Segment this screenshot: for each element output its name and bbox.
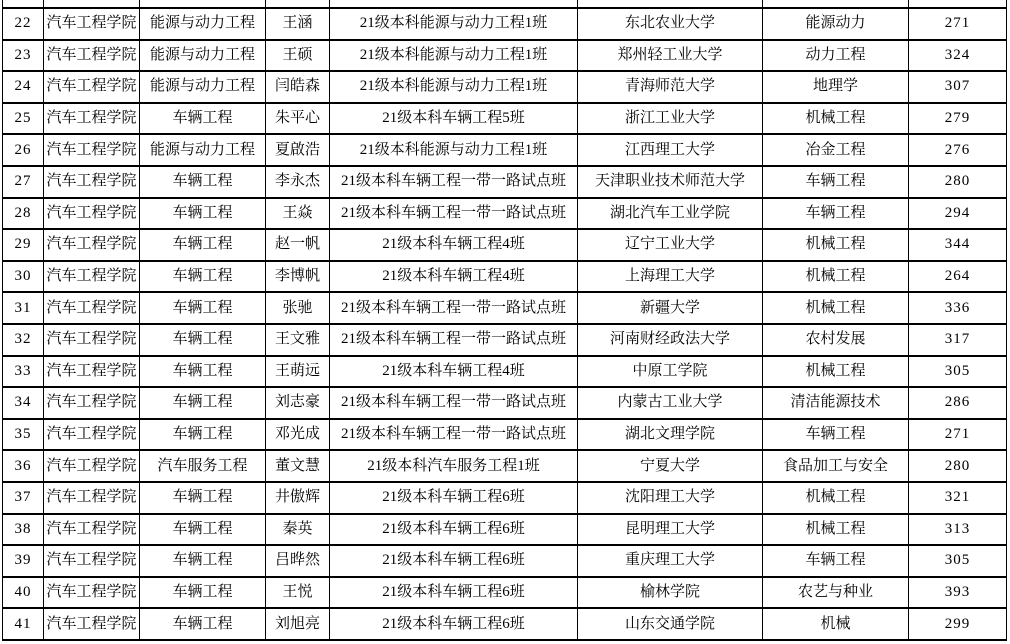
cell-name[interactable]: 吕晔然 [266,545,330,577]
cell-name[interactable]: 刘志豪 [266,387,330,419]
cell-no[interactable]: 22 [3,8,44,40]
cell-score[interactable]: 393 [909,577,1007,609]
cell-major[interactable]: 车辆工程 [140,577,266,609]
table-row: 36汽车工程学院汽车服务工程董文慧21级本科汽车服务工程1班宁夏大学食品加工与安… [3,450,1007,482]
cell-major[interactable]: 车辆工程 [140,229,266,261]
cell-major[interactable]: 车辆工程 [140,387,266,419]
cell-name[interactable]: 夏啟浩 [266,134,330,166]
cell-university[interactable]: 东北农业大学 [578,8,763,40]
cell-no[interactable]: 39 [3,545,44,577]
cell-score[interactable]: 317 [909,324,1007,356]
cell-university[interactable]: 宁夏大学 [578,450,763,482]
cell-college[interactable]: 汽车工程学院 [44,134,140,166]
cell-college[interactable]: 汽车工程学院 [44,229,140,261]
cell-admission_major[interactable]: 机械工程 [763,103,909,135]
cell-name[interactable]: 刘旭亮 [266,608,330,640]
table-row: 39汽车工程学院车辆工程吕晔然21级本科车辆工程6班重庆理工大学车辆工程305 [3,545,1007,577]
cell-class_name[interactable]: 21级本科车辆工程一带一路试点班 [330,324,578,356]
cell-admission_major[interactable]: 清洁能源技术 [763,387,909,419]
cell-score[interactable]: 276 [909,134,1007,166]
cell-no[interactable]: 41 [3,608,44,640]
cell-no[interactable]: 28 [3,198,44,230]
cell-no[interactable]: 33 [3,356,44,388]
cell-major[interactable]: 车辆工程 [140,545,266,577]
cell-admission_major[interactable]: 农艺与种业 [763,577,909,609]
cell-score[interactable]: 336 [909,292,1007,324]
cell-admission_major[interactable]: 食品加工与安全 [763,450,909,482]
partial-cell-class_name [330,0,578,8]
cell-name[interactable]: 李博帆 [266,261,330,293]
cell-score[interactable]: 264 [909,261,1007,293]
cell-no[interactable]: 34 [3,387,44,419]
cell-class_name[interactable]: 21级本科车辆工程6班 [330,482,578,514]
cell-name[interactable]: 王硕 [266,40,330,72]
cell-admission_major[interactable]: 机械工程 [763,514,909,546]
cell-major[interactable]: 车辆工程 [140,166,266,198]
cell-score[interactable]: 280 [909,450,1007,482]
table-row: 33汽车工程学院车辆工程王萌远21级本科车辆工程4班中原工学院机械工程305 [3,356,1007,388]
cell-major[interactable]: 车辆工程 [140,198,266,230]
cell-name[interactable]: 井傲辉 [266,482,330,514]
cell-no[interactable]: 32 [3,324,44,356]
table-row: 25汽车工程学院车辆工程朱平心21级本科车辆工程5班浙江工业大学机械工程279 [3,103,1007,135]
cell-name[interactable]: 朱平心 [266,103,330,135]
cell-major[interactable]: 汽车服务工程 [140,450,266,482]
partial-row-top [3,0,1007,8]
cell-major[interactable]: 能源与动力工程 [140,8,266,40]
cell-score[interactable]: 279 [909,103,1007,135]
table-row: 23汽车工程学院能源与动力工程王硕21级本科能源与动力工程1班郑州轻工业大学动力… [3,40,1007,72]
cell-admission_major[interactable]: 动力工程 [763,40,909,72]
cell-no[interactable]: 26 [3,134,44,166]
cell-major[interactable]: 能源与动力工程 [140,71,266,103]
cell-score[interactable]: 271 [909,8,1007,40]
cell-class_name[interactable]: 21级本科车辆工程4班 [330,229,578,261]
cell-admission_major[interactable]: 能源动力 [763,8,909,40]
cell-college[interactable]: 汽车工程学院 [44,166,140,198]
table-row: 32汽车工程学院车辆工程王文雅21级本科车辆工程一带一路试点班河南财经政法大学农… [3,324,1007,356]
cell-college[interactable]: 汽车工程学院 [44,40,140,72]
cell-class_name[interactable]: 21级本科车辆工程6班 [330,514,578,546]
cell-university[interactable]: 江西理工大学 [578,134,763,166]
cell-university[interactable]: 天津职业技术师范大学 [578,166,763,198]
cell-admission_major[interactable]: 机械工程 [763,292,909,324]
cell-major[interactable]: 车辆工程 [140,324,266,356]
table-row: 38汽车工程学院车辆工程秦英21级本科车辆工程6班昆明理工大学机械工程313 [3,514,1007,546]
cell-university[interactable]: 内蒙古工业大学 [578,387,763,419]
cell-major[interactable]: 车辆工程 [140,608,266,640]
cell-admission_major[interactable]: 机械工程 [763,482,909,514]
cell-name[interactable]: 董文慧 [266,450,330,482]
cell-admission_major[interactable]: 农村发展 [763,324,909,356]
cell-class_name[interactable]: 21级本科车辆工程5班 [330,103,578,135]
table-row: 22汽车工程学院能源与动力工程王涵21级本科能源与动力工程1班东北农业大学能源动… [3,8,1007,40]
cell-college[interactable]: 汽车工程学院 [44,514,140,546]
table-row: 40汽车工程学院车辆工程王悦21级本科车辆工程6班榆林学院农艺与种业393 [3,577,1007,609]
cell-major[interactable]: 车辆工程 [140,292,266,324]
partial-cell-admission_major [763,0,909,8]
cell-admission_major[interactable]: 机械工程 [763,229,909,261]
cell-no[interactable]: 31 [3,292,44,324]
cell-score[interactable]: 313 [909,514,1007,546]
table-row: 29汽车工程学院车辆工程赵一帆21级本科车辆工程4班辽宁工业大学机械工程344 [3,229,1007,261]
cell-university[interactable]: 辽宁工业大学 [578,229,763,261]
cell-college[interactable]: 汽车工程学院 [44,8,140,40]
cell-admission_major[interactable]: 车辆工程 [763,419,909,451]
table-row: 35汽车工程学院车辆工程邓光成21级本科车辆工程一带一路试点班湖北文理学院车辆工… [3,419,1007,451]
table-row: 27汽车工程学院车辆工程李永杰21级本科车辆工程一带一路试点班天津职业技术师范大… [3,166,1007,198]
table-row: 31汽车工程学院车辆工程张驰21级本科车辆工程一带一路试点班新疆大学机械工程33… [3,292,1007,324]
cell-class_name[interactable]: 21级本科车辆工程4班 [330,356,578,388]
partial-cell-major [140,0,266,8]
cell-major[interactable]: 车辆工程 [140,514,266,546]
cell-no[interactable]: 37 [3,482,44,514]
cell-score[interactable]: 294 [909,198,1007,230]
cell-name[interactable]: 王焱 [266,198,330,230]
cell-university[interactable]: 上海理工大学 [578,261,763,293]
cell-class_name[interactable]: 21级本科车辆工程一带一路试点班 [330,292,578,324]
cell-class_name[interactable]: 21级本科能源与动力工程1班 [330,8,578,40]
cell-class_name[interactable]: 21级本科车辆工程一带一路试点班 [330,166,578,198]
cell-class_name[interactable]: 21级本科车辆工程一带一路试点班 [330,419,578,451]
cell-name[interactable]: 邓光成 [266,419,330,451]
cell-no[interactable]: 29 [3,229,44,261]
table-row: 41汽车工程学院车辆工程刘旭亮21级本科车辆工程6班山东交通学院机械299 [3,608,1007,640]
cell-score[interactable]: 307 [909,71,1007,103]
cell-college[interactable]: 汽车工程学院 [44,482,140,514]
cell-name[interactable]: 李永杰 [266,166,330,198]
cell-university[interactable]: 浙江工业大学 [578,103,763,135]
cell-no[interactable]: 40 [3,577,44,609]
cell-score[interactable]: 305 [909,356,1007,388]
cell-university[interactable]: 沈阳理工大学 [578,482,763,514]
cell-admission_major[interactable]: 车辆工程 [763,166,909,198]
cell-college[interactable]: 汽车工程学院 [44,261,140,293]
cell-university[interactable]: 青海师范大学 [578,71,763,103]
cell-university[interactable]: 湖北汽车工业学院 [578,198,763,230]
cell-admission_major[interactable]: 机械工程 [763,356,909,388]
cell-college[interactable]: 汽车工程学院 [44,419,140,451]
cell-college[interactable]: 汽车工程学院 [44,71,140,103]
cell-score[interactable]: 280 [909,166,1007,198]
cell-class_name[interactable]: 21级本科汽车服务工程1班 [330,450,578,482]
cell-score[interactable]: 286 [909,387,1007,419]
cell-major[interactable]: 车辆工程 [140,419,266,451]
cell-college[interactable]: 汽车工程学院 [44,577,140,609]
cell-university[interactable]: 湖北文理学院 [578,419,763,451]
cell-university[interactable]: 中原工学院 [578,356,763,388]
cell-major[interactable]: 车辆工程 [140,482,266,514]
table-row: 37汽车工程学院车辆工程井傲辉21级本科车辆工程6班沈阳理工大学机械工程321 [3,482,1007,514]
cell-no[interactable]: 25 [3,103,44,135]
cell-college[interactable]: 汽车工程学院 [44,103,140,135]
cell-no[interactable]: 38 [3,514,44,546]
cell-major[interactable]: 车辆工程 [140,261,266,293]
cell-name[interactable]: 张驰 [266,292,330,324]
cell-score[interactable]: 321 [909,482,1007,514]
cell-class_name[interactable]: 21级本科车辆工程一带一路试点班 [330,198,578,230]
cell-name[interactable]: 王涵 [266,8,330,40]
cell-college[interactable]: 汽车工程学院 [44,387,140,419]
cell-college[interactable]: 汽车工程学院 [44,545,140,577]
cell-university[interactable]: 山东交通学院 [578,608,763,640]
cell-class_name[interactable]: 21级本科车辆工程4班 [330,261,578,293]
cell-university[interactable]: 新疆大学 [578,292,763,324]
cell-name[interactable]: 赵一帆 [266,229,330,261]
cell-admission_major[interactable]: 冶金工程 [763,134,909,166]
partial-cell-name [266,0,330,8]
cell-no[interactable]: 30 [3,261,44,293]
cell-university[interactable]: 重庆理工大学 [578,545,763,577]
cell-admission_major[interactable]: 机械 [763,608,909,640]
table-row: 24汽车工程学院能源与动力工程闫皓森21级本科能源与动力工程1班青海师范大学地理… [3,71,1007,103]
cell-class_name[interactable]: 21级本科车辆工程6班 [330,545,578,577]
partial-cell-college [44,0,140,8]
cell-no[interactable]: 23 [3,40,44,72]
cell-score[interactable]: 271 [909,419,1007,451]
cell-name[interactable]: 闫皓森 [266,71,330,103]
partial-cell-score [909,0,1007,8]
cell-class_name[interactable]: 21级本科车辆工程6班 [330,608,578,640]
cell-score[interactable]: 324 [909,40,1007,72]
students-table: 22汽车工程学院能源与动力工程王涵21级本科能源与动力工程1班东北农业大学能源动… [2,0,1007,641]
cell-university[interactable]: 榆林学院 [578,577,763,609]
cell-no[interactable]: 36 [3,450,44,482]
cell-admission_major[interactable]: 车辆工程 [763,198,909,230]
cell-major[interactable]: 能源与动力工程 [140,40,266,72]
cell-major[interactable]: 车辆工程 [140,103,266,135]
cell-university[interactable]: 昆明理工大学 [578,514,763,546]
cell-admission_major[interactable]: 地理学 [763,71,909,103]
cell-college[interactable]: 汽车工程学院 [44,356,140,388]
cell-name[interactable]: 王悦 [266,577,330,609]
cell-no[interactable]: 35 [3,419,44,451]
cell-major[interactable]: 车辆工程 [140,356,266,388]
cell-college[interactable]: 汽车工程学院 [44,292,140,324]
partial-cell-university [578,0,763,8]
cell-class_name[interactable]: 21级本科能源与动力工程1班 [330,134,578,166]
cell-college[interactable]: 汽车工程学院 [44,324,140,356]
cell-college[interactable]: 汽车工程学院 [44,198,140,230]
cell-no[interactable]: 27 [3,166,44,198]
cell-score[interactable]: 305 [909,545,1007,577]
table-row: 28汽车工程学院车辆工程王焱21级本科车辆工程一带一路试点班湖北汽车工业学院车辆… [3,198,1007,230]
table-row: 26汽车工程学院能源与动力工程夏啟浩21级本科能源与动力工程1班江西理工大学冶金… [3,134,1007,166]
cell-score[interactable]: 344 [909,229,1007,261]
cell-major[interactable]: 能源与动力工程 [140,134,266,166]
partial-cell-no [3,0,44,8]
cell-college[interactable]: 汽车工程学院 [44,450,140,482]
cell-name[interactable]: 王萌远 [266,356,330,388]
table-row: 30汽车工程学院车辆工程李博帆21级本科车辆工程4班上海理工大学机械工程264 [3,261,1007,293]
cell-class_name[interactable]: 21级本科车辆工程6班 [330,577,578,609]
cell-admission_major[interactable]: 车辆工程 [763,545,909,577]
cell-class_name[interactable]: 21级本科能源与动力工程1班 [330,71,578,103]
cell-university[interactable]: 河南财经政法大学 [578,324,763,356]
table-row: 34汽车工程学院车辆工程刘志豪21级本科车辆工程一带一路试点班内蒙古工业大学清洁… [3,387,1007,419]
cell-university[interactable]: 郑州轻工业大学 [578,40,763,72]
cell-class_name[interactable]: 21级本科能源与动力工程1班 [330,40,578,72]
cell-college[interactable]: 汽车工程学院 [44,608,140,640]
cell-name[interactable]: 王文雅 [266,324,330,356]
cell-score[interactable]: 299 [909,608,1007,640]
cell-admission_major[interactable]: 机械工程 [763,261,909,293]
spreadsheet-viewport: 22汽车工程学院能源与动力工程王涵21级本科能源与动力工程1班东北农业大学能源动… [0,0,1010,644]
cell-name[interactable]: 秦英 [266,514,330,546]
cell-no[interactable]: 24 [3,71,44,103]
cell-class_name[interactable]: 21级本科车辆工程一带一路试点班 [330,387,578,419]
